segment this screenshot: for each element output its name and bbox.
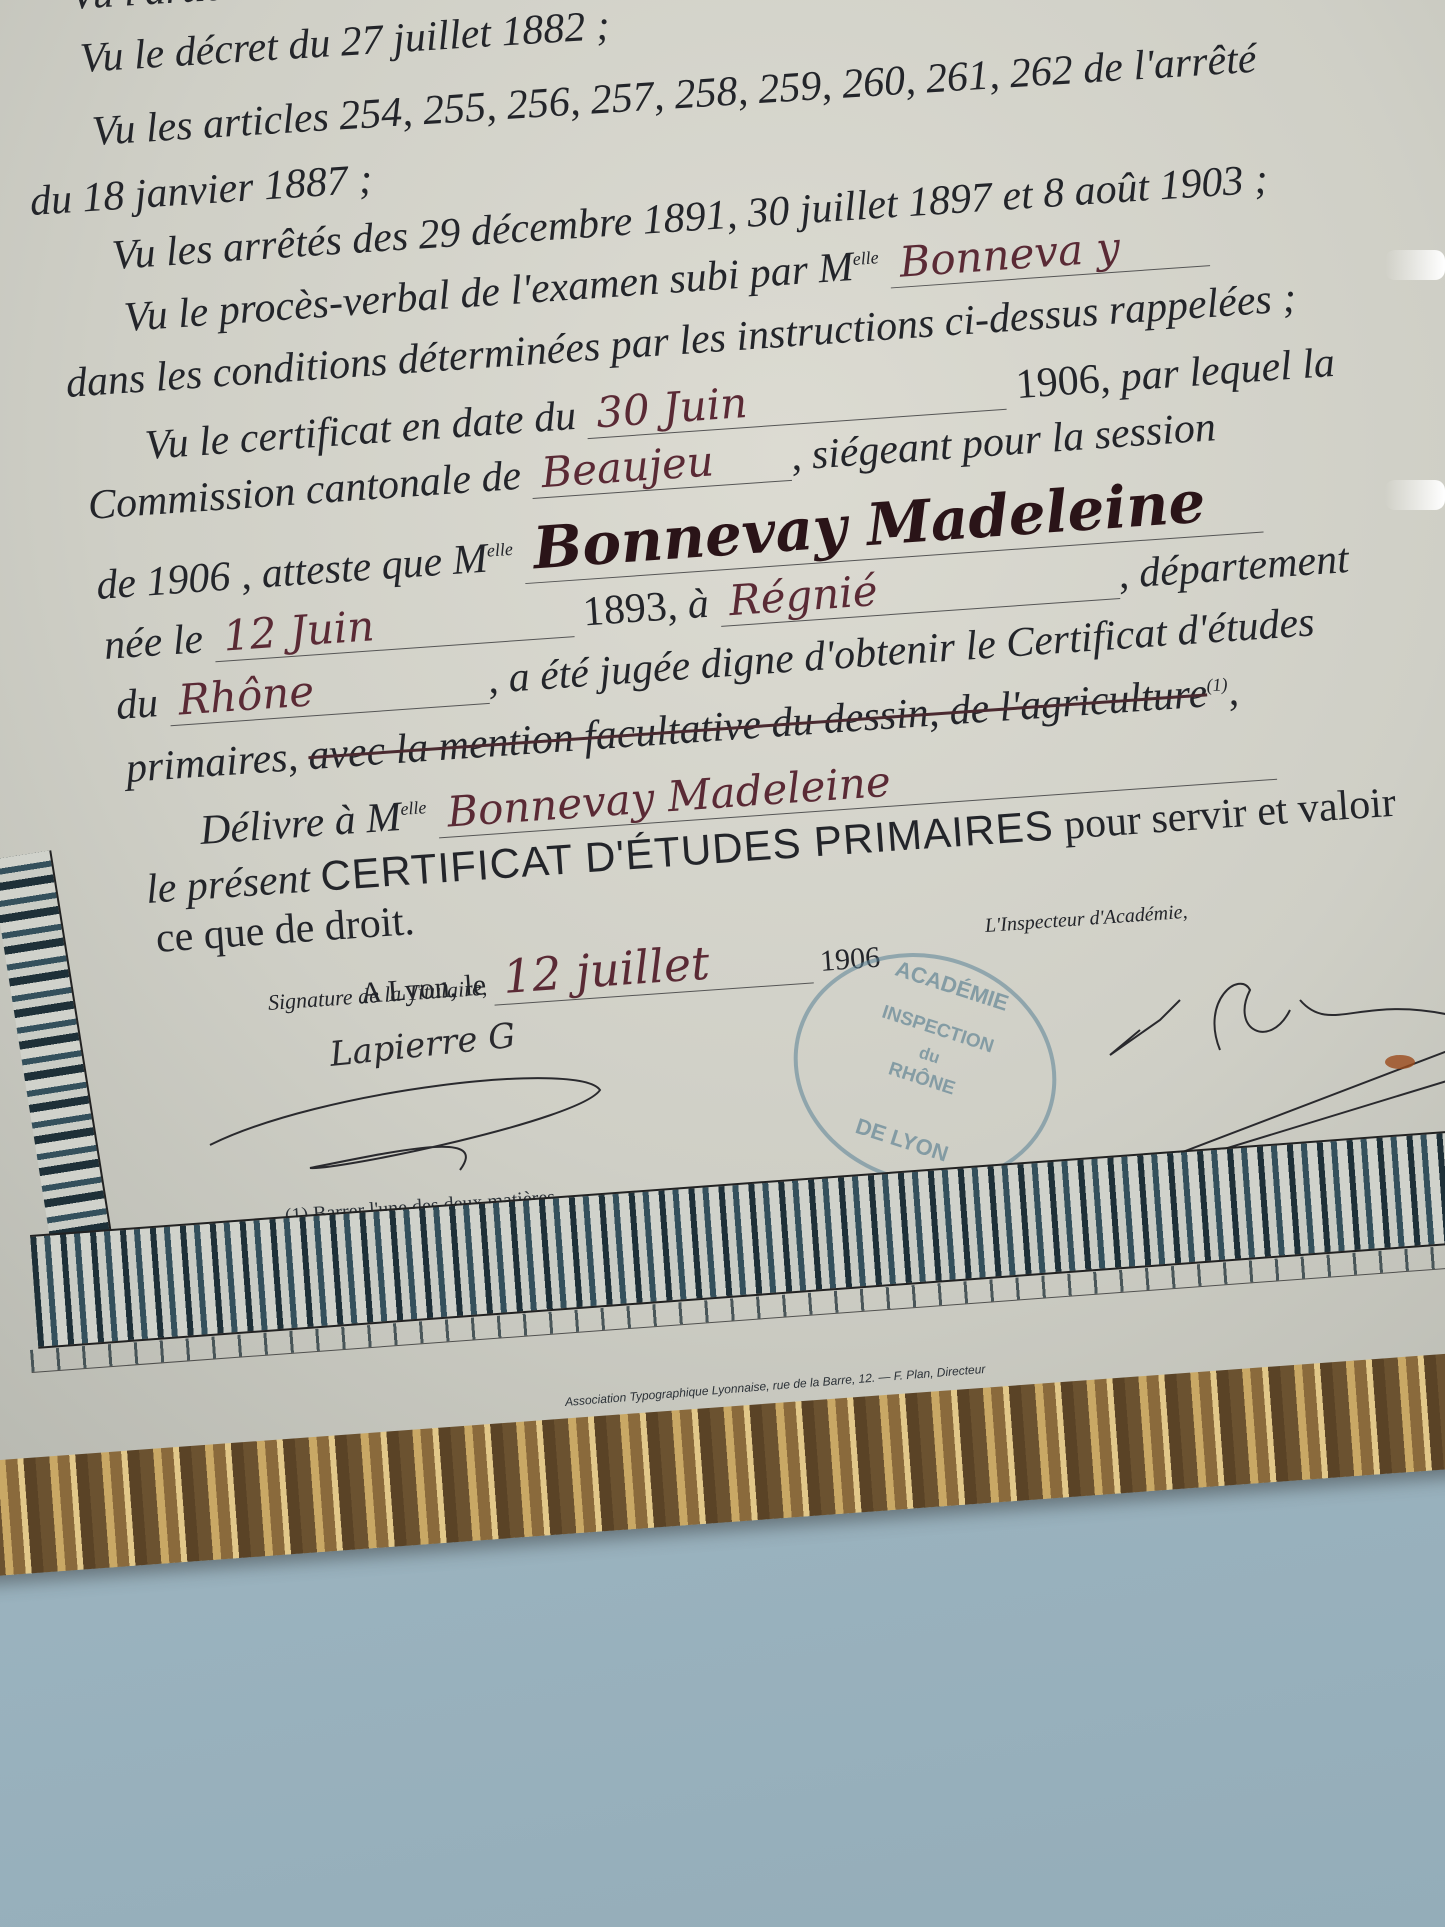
glass-glare — [1385, 250, 1445, 280]
mention-end: , — [1226, 668, 1240, 715]
footnote-ref: (1) — [1206, 674, 1228, 695]
commission-place-field: Beaujeu — [530, 431, 793, 499]
printer-credit: Association Typographique Lyonnaise, rue… — [564, 1362, 985, 1409]
born-prefix: née le — [102, 616, 204, 669]
department-field: Rhône — [167, 654, 490, 726]
certificat-year: 1906 — [1014, 356, 1101, 408]
holder-signature-flourish — [200, 1060, 630, 1180]
title-mademoiselle: elle — [852, 247, 879, 269]
born-suffix: , département — [1117, 536, 1351, 598]
articles-cont-line: du 18 janvier 1887 ; — [28, 155, 373, 226]
title-mademoiselle: elle — [486, 539, 513, 561]
certificat-suffix: , par lequel la — [1098, 340, 1336, 402]
certificate-content: Vu l'article 6 de la loi ... Vu le décre… — [0, 0, 1445, 1927]
birth-year: 1893 — [581, 584, 668, 636]
title-mademoiselle: elle — [400, 797, 427, 819]
inspector-label: L'Inspecteur d'Académie, — [984, 901, 1188, 938]
born-at: , à — [665, 581, 710, 630]
primaires-prefix: primaires, — [124, 734, 299, 792]
present-prefix: le présent — [144, 856, 311, 913]
examinee-name-field: Bonneva y — [888, 216, 1211, 288]
dept-prefix: du — [114, 680, 159, 729]
issue-date-field: 12 juillet — [491, 928, 814, 1005]
rust-stain — [1385, 1055, 1415, 1069]
glass-glare — [1385, 480, 1445, 510]
delivre-prefix: Délivre à M — [198, 794, 402, 854]
